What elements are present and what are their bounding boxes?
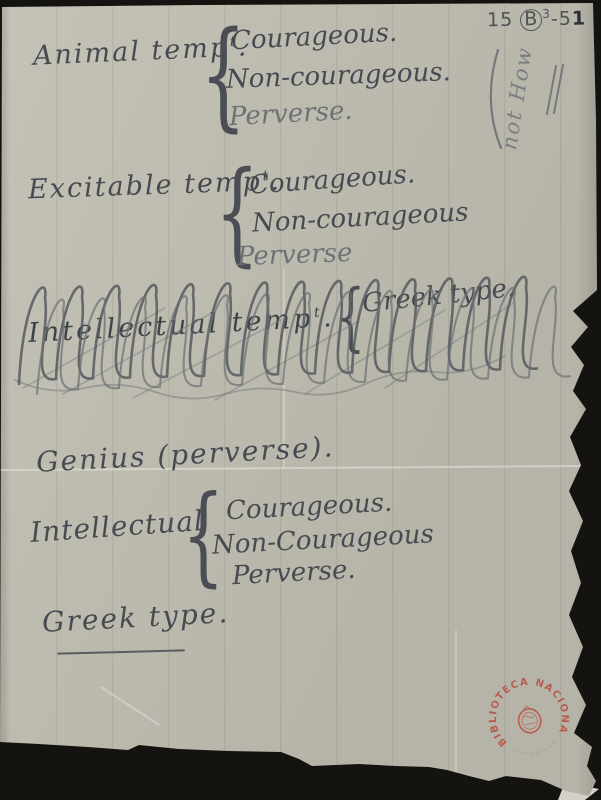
animal-item-3: Perverse. — [228, 98, 353, 132]
svg-text:BIBLIOTECA NACIONAL: BIBLIOTECA NACIONAL — [464, 650, 575, 756]
catalog-superscript: 3 — [542, 7, 551, 21]
catalog-last-digit: 1 — [572, 7, 587, 29]
stamp-emblem-icon — [515, 704, 543, 736]
vertical-crease-2 — [455, 630, 457, 780]
catalog-prefix: 15 — [487, 9, 514, 31]
section-genius-label: Genius (perverse). — [35, 432, 335, 477]
library-stamp: BIBLIOTECA NACIONAL — [470, 656, 586, 772]
animal-item-1: Courageous. — [230, 20, 397, 56]
catalog-mark: 15 B3-51 — [487, 6, 587, 32]
intellectual-item-2: Non-Courageous — [211, 521, 434, 560]
intellectual-item-3: Perverse. — [231, 557, 356, 591]
section-greek-label: Greek type. — [41, 598, 230, 637]
excitable-item-2: Non-courageous — [251, 199, 469, 238]
section-intellectual-label: Intellectual — [29, 506, 205, 547]
scribble-strikethrough — [5, 262, 577, 410]
diagonal-scratch — [100, 686, 160, 726]
animal-item-2: Non-courageous. — [226, 59, 452, 94]
catalog-dash: -5 — [551, 8, 572, 30]
greek-underline — [57, 649, 185, 654]
intellectual-item-1: Courageous. — [225, 490, 392, 526]
manuscript-photo: 15 B3-51 not How Animal tempt. { Courage… — [0, 0, 601, 800]
stamp-arc-text: BIBLIOTECA NACIONAL — [464, 650, 575, 756]
torn-paper-sheet: 15 B3-51 not How Animal tempt. { Courage… — [0, 0, 601, 800]
